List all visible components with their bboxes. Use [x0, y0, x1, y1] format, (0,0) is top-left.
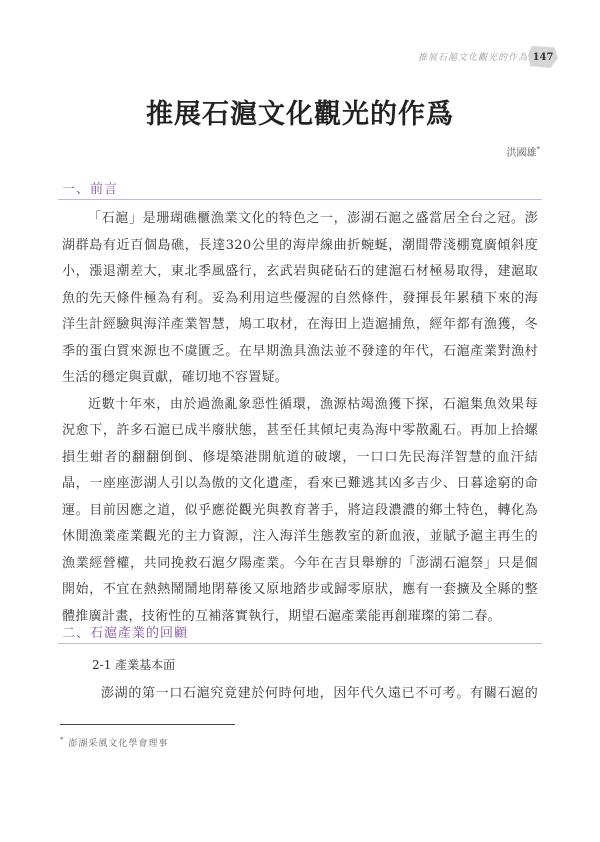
section-divider: [58, 199, 542, 200]
subsection-heading: 2-1 產業基本面: [92, 656, 175, 673]
intro-body: 「石滬」是珊瑚礁櫃漁業文化的特色之一，澎湖石滬之盛當居全台之冠。澎湖群島有近百個…: [62, 206, 538, 630]
running-head: 推展石滬文化觀光的作為: [418, 50, 528, 63]
article-title: 推展石滬文化觀光的作爲: [0, 92, 600, 131]
section-heading-intro: 一、前言: [62, 178, 118, 197]
paragraph: 近數十年來，由於過漁亂象惡性循環，漁源枯竭漁獲下探，石滬集魚效果每況愈下，許多石…: [62, 392, 538, 631]
footnote: * 澎湖采風文化學會理事: [60, 736, 168, 749]
footnote-text: 澎湖采風文化學會理事: [68, 739, 168, 749]
author-line: 洪國雄*: [507, 144, 541, 159]
page-number: 147: [533, 52, 554, 63]
paragraph: 澎湖的第一口石滬究竟建於何時何地，因年代久遠已不可考。有關石滬的記: [62, 681, 538, 708]
page-number-badge: 147: [528, 46, 558, 68]
section-divider: [58, 643, 542, 644]
author-footnote-mark: *: [537, 146, 541, 154]
author-name: 洪國雄: [507, 148, 537, 159]
paragraph: 「石滬」是珊瑚礁櫃漁業文化的特色之一，澎湖石滬之盛當居全台之冠。澎湖群島有近百個…: [62, 206, 538, 392]
footnote-rule: [60, 724, 235, 725]
subsection-body: 澎湖的第一口石滬究竟建於何時何地，因年代久遠已不可考。有關石滬的記: [62, 681, 538, 708]
section-heading-review: 二、石滬產業的回顧: [62, 622, 188, 641]
footnote-mark: *: [60, 736, 65, 744]
